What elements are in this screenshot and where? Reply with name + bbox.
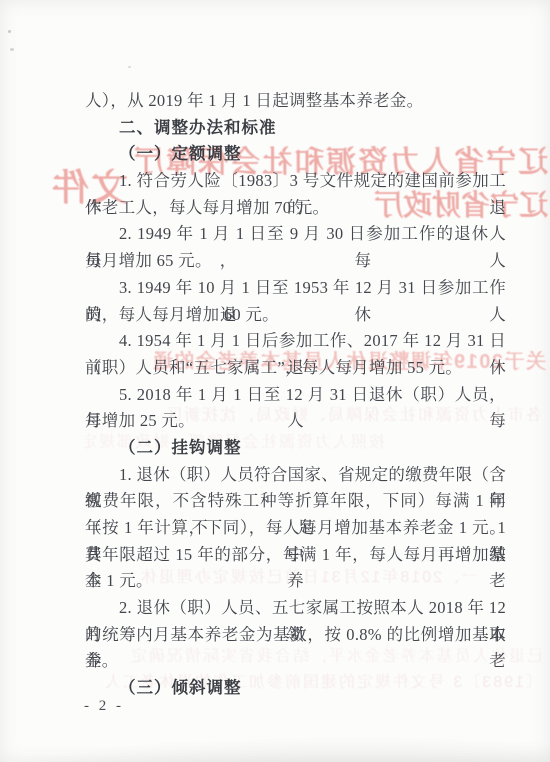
text-line: 年按 1 年计算，下同），每人每月增加基本养老金 1 元。其中缴 [85,515,506,542]
text-line: （三）倾斜调整 [85,675,506,702]
page-number: - 2 - [84,695,124,717]
text-line: 人），从 2019 年 1 月 1 日起调整基本养老金。 [85,88,506,115]
scan-speck [8,30,11,33]
text-line: 二、调整办法和标准 [85,115,506,142]
document-body-text: 人），从 2019 年 1 月 1 日起调整基本养老金。二、调整办法和标准（一）… [85,88,506,702]
text-line: 费年限超过 15 年的部分，每满 1 年，每人每月再增加基本养老 [85,542,506,569]
text-line: 2. 退休（职）人员、五七家属工按照本人 2018 年 12 月领取 [85,595,506,622]
text-line: 3. 1949 年 10 月 1 日至 1953 年 12 月 31 日参加工作… [85,275,506,302]
text-line: （一）定额调整 [85,141,506,168]
text-line: （职）人员和“五七家属工”，每人每月增加 55 元。 [85,355,506,382]
text-line: 4. 1954 年 1 月 1 日后参加工作、2017 年 12 月 31 日前… [85,328,506,355]
scanned-document-page: 辽宁省人力资源和社会保障厅 辽宁省财政厅 文件 关于2019年调整退休人员基本养… [0,0,550,762]
text-line: 1. 退休（职）人员符合国家、省规定的缴费年限（含视同 [85,462,506,489]
scan-speck [128,66,131,68]
text-line: 1. 符合劳人险〔1983〕3 号文件规定的建国前参加工作的退 [85,168,506,195]
text-line: 缴费年限，不含特殊工种等折算年限，下同）每满 1 年（不足 1 [85,488,506,515]
scan-speck [10,48,14,51]
text-line: 5. 2018 年 1 月 1 日至 12 月 31 日退休（职）人员，每人每 [85,382,506,409]
text-line: 2. 1949 年 1 月 1 日至 9 月 30 日参加工作的退休人员，每人 [85,221,506,248]
text-line: 的统筹内月基本养老金为基数，按 0.8% 的比例增加基本养老 [85,622,506,649]
text-line: （二）挂钩调整 [85,435,506,462]
